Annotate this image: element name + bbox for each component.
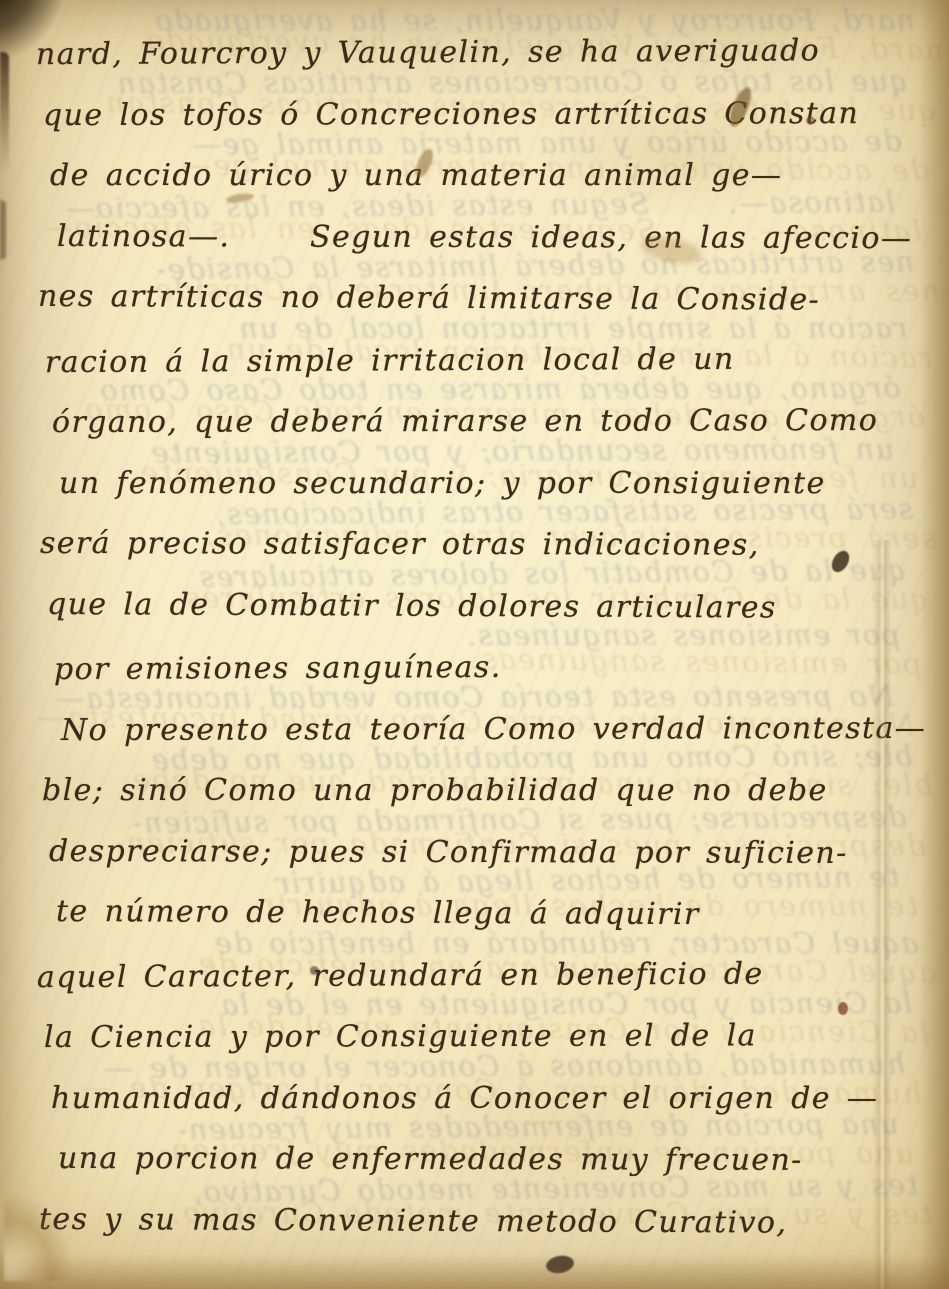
manuscript-line: ble; sinó Como una probabilidad que no d…	[36, 760, 916, 822]
ink-stain	[310, 966, 319, 975]
edge-shading	[919, 0, 949, 1289]
manuscript-line: un fenómeno secundario; y por Consiguien…	[36, 453, 916, 515]
ink-stain	[838, 1002, 848, 1015]
manuscript-line: de accido úrico y una materia animal ge—	[36, 145, 916, 207]
manuscript-line: aquel Caracter, redundará en beneficio d…	[36, 942, 916, 1008]
manuscript-line: que los tofos ó Concreciones artríticas …	[36, 82, 916, 146]
manuscript-line: una porcion de enfermedades muy frecuen-	[36, 1128, 916, 1192]
manuscript-line: nard, Fourcroy y Vauquelin, se ha averig…	[36, 20, 916, 86]
manuscript-line: despreciarse; pues si Confirmada por suf…	[36, 820, 916, 884]
manuscript-line: humanidad, dándonos á Conocer el origen …	[36, 1068, 916, 1130]
edge-shading	[0, 1255, 949, 1289]
edge-wear-mark	[0, 52, 9, 172]
edge-wear-mark	[0, 200, 6, 260]
manuscript-line: que la de Combatir los dolores articular…	[36, 573, 916, 639]
ink-stain	[806, 116, 815, 125]
scanner-corner-shadow	[0, 0, 65, 61]
manuscript-line: te número de hechos llega á adquirir	[36, 881, 916, 947]
manuscript-line: nes artríticas no deberá limitarse la Co…	[36, 266, 916, 332]
manuscript-line: racion á la simple irritacion local de u…	[36, 327, 916, 393]
manuscript-line: órgano, que deberá mirarse en todo Caso …	[36, 390, 916, 454]
fold-crease	[873, 540, 891, 1289]
manuscript-line: latinosa—. Segun estas ideas, en las afe…	[36, 205, 916, 269]
manuscript-line: tes y su mas Conveniente metodo Curativo…	[36, 1188, 916, 1254]
manuscript-line: será preciso satisfacer otras indicacion…	[36, 513, 916, 577]
ink-text-layer: nard, Fourcroy y Vauquelin, se ha averig…	[36, 22, 916, 1252]
manuscript-page: nard, Fourcroy y Vauquelin, se ha averig…	[0, 0, 949, 1289]
manuscript-line: No presento esta teoría Como verdad inco…	[36, 697, 916, 761]
manuscript-line: la Ciencia y por Consiguiente en el de l…	[36, 1005, 916, 1069]
manuscript-line: por emisiones sanguíneas.	[36, 635, 916, 701]
